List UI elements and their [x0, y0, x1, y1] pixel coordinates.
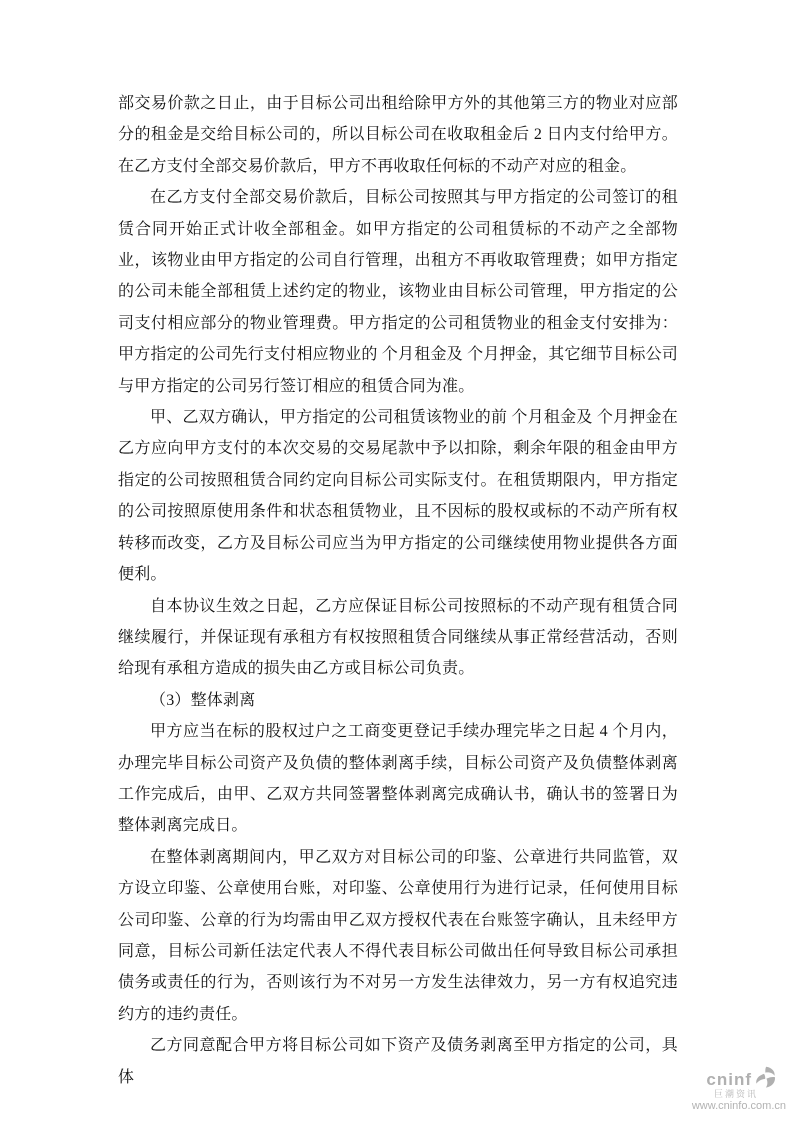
cninfo-logo-row: cninf: [628, 1066, 776, 1088]
cninfo-watermark: cninf 巨潮资讯 www.cninfo.com.cn: [628, 1066, 788, 1113]
cninfo-swirl-icon: [754, 1066, 776, 1088]
paragraph: 部交易价款之日止，由于目标公司出租给除甲方外的其他第三方的物业对应部分的租金是交…: [118, 88, 678, 182]
paragraph: 自本协议生效之日起，乙方应保证目标公司按照标的不动产现有租赁合同继续履行，并保证…: [118, 591, 678, 685]
paragraph: 甲、乙双方确认，甲方指定的公司租赁该物业的前 个月租金及 个月押金在乙方应向甲方…: [118, 402, 678, 590]
paragraph: 在整体剥离期间内，甲乙双方对目标公司的印鉴、公章进行共同监管，双方设立印鉴、公章…: [118, 842, 678, 1030]
document-body: 部交易价款之日止，由于目标公司出租给除甲方外的其他第三方的物业对应部分的租金是交…: [118, 88, 678, 1093]
paragraph: 在乙方支付全部交易价款后，目标公司按照其与甲方指定的公司签订的租赁合同开始正式计…: [118, 182, 678, 402]
paragraph: 乙方同意配合甲方将目标公司如下资产及债务剥离至甲方指定的公司，具体: [118, 1030, 678, 1093]
paragraph: 甲方应当在标的股权过户之工商变更登记手续办理完毕之日起 4 个月内，办理完毕目标…: [118, 716, 678, 842]
cninfo-brand-chinese: 巨潮资讯: [628, 1089, 758, 1099]
paragraph: （3）整体剥离: [118, 685, 678, 716]
cninfo-logo-text: cninf: [706, 1072, 752, 1088]
cninfo-url: www.cninfo.com.cn: [628, 1100, 786, 1113]
document-page: 部交易价款之日止，由于目标公司出租给除甲方外的其他第三方的物业对应部分的租金是交…: [0, 0, 794, 1123]
